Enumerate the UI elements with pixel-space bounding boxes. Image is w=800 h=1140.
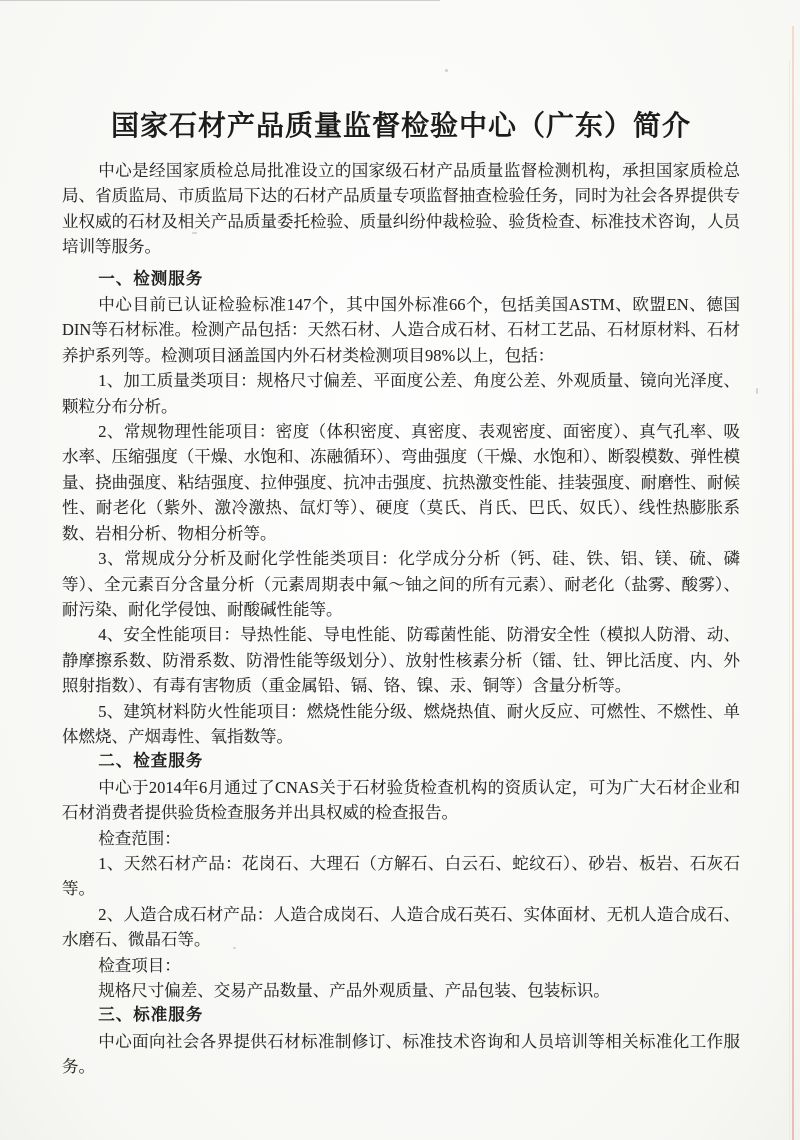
section-2-scope-item-2: 2、人造合成石材产品：人造合成岗石、人造合成石英石、实体面材、无机人造合成石、水… <box>62 902 740 953</box>
section-1-intro: 中心目前已认证检验标准147个，其中国外标准66个，包括美国ASTM、欧盟EN、… <box>62 292 740 368</box>
page-title: 国家石材产品质量监督检验中心（广东）简介 <box>62 106 740 146</box>
section-3-heading: 三、标准服务 <box>62 1003 740 1028</box>
section-3-body: 中心面向社会各界提供石材标准制修订、标准技术咨询和人员培训等相关标准化工作服务。 <box>62 1029 740 1080</box>
section-2-heading: 二、检查服务 <box>62 749 740 774</box>
section-1-item-2: 2、常规物理性能项目：密度（体积密度、真密度、表观密度、面密度）、真气孔率、吸水… <box>62 419 740 546</box>
section-1-item-1: 1、加工质量类项目：规格尺寸偏差、平面度公差、角度公差、外观质量、镜向光泽度、颗… <box>62 368 740 419</box>
section-1-item-3: 3、常规成分分析及耐化学性能类项目：化学成分分析（钙、硅、铁、铝、镁、硫、磷等）… <box>62 546 740 622</box>
scan-edge-line-right-cool <box>789 60 790 1140</box>
section-2-items-line: 规格尺寸偏差、交易产品数量、产品外观质量、产品包装、包装标识。 <box>62 978 740 1003</box>
scan-noise-speck <box>445 69 448 72</box>
section-2-items-label: 检查项目： <box>62 953 740 978</box>
scan-noise-speck <box>233 947 236 949</box>
section-2-intro: 中心于2014年6月通过了CNAS关于石材验货检查机构的资质认定，可为广大石材企… <box>62 775 740 826</box>
intro-paragraph: 中心是经国家质检总局批准设立的国家级石材产品质量监督检测机构，承担国家质检总局、… <box>62 158 740 260</box>
scan-noise-speck <box>756 388 758 394</box>
scan-edge-line-right <box>792 26 794 1140</box>
section-2-scope-label: 检查范围： <box>62 826 740 851</box>
section-1-heading: 一、检测服务 <box>62 267 740 292</box>
scan-noise-speck <box>192 232 197 234</box>
document-content: 国家石材产品质量监督检验中心（广东）简介 中心是经国家质检总局批准设立的国家级石… <box>62 106 740 1080</box>
section-2-scope-item-1: 1、天然石材产品：花岗石、大理石（方解石、白云石、蛇纹石）、砂岩、板岩、石灰石等… <box>62 851 740 902</box>
scan-edge-line-top <box>0 0 440 1</box>
section-1-item-4: 4、安全性能项目：导热性能、导电性能、防霉菌性能、防滑安全性（模拟人防滑、动、静… <box>62 622 740 698</box>
section-1-item-5: 5、建筑材料防火性能项目：燃烧性能分级、燃烧热值、耐火反应、可燃性、不燃性、单体… <box>62 699 740 750</box>
